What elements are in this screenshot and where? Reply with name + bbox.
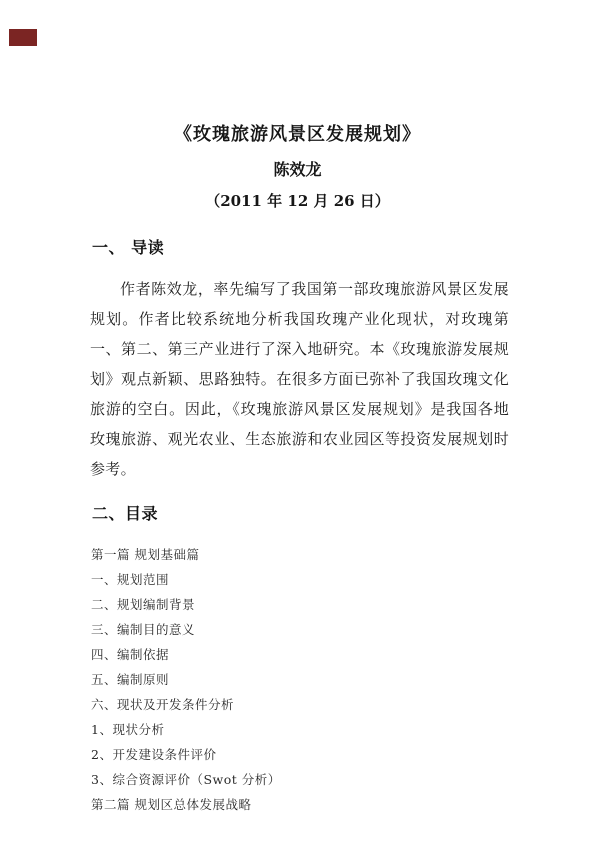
document-title: 《玫瑰旅游风景区发展规划》	[0, 0, 595, 146]
toc-item: 一、规划范围	[91, 567, 595, 592]
toc-item: 三、编制目的意义	[91, 617, 595, 642]
toc-item: 3、综合资源评价（Swot 分析）	[91, 767, 595, 792]
toc-item: 四、编制依据	[91, 642, 595, 667]
section-heading-intro: 一、 导读	[92, 235, 595, 258]
document-page: 《玫瑰旅游风景区发展规划》 陈效龙 （2011 年 12 月 26 日） 一、 …	[0, 0, 595, 842]
section-heading-toc: 二、目录	[92, 501, 595, 524]
toc-item: 第一篇 规划基础篇	[91, 542, 595, 567]
intro-paragraph: 作者陈效龙，率先编写了我国第一部玫瑰旅游风景区发展规划。作者比较系统地分析我国玫…	[90, 274, 509, 484]
toc-item: 第二篇 规划区总体发展战略	[91, 792, 595, 817]
table-of-contents: 第一篇 规划基础篇 一、规划范围 二、规划编制背景 三、编制目的意义 四、编制依…	[91, 542, 595, 817]
toc-item: 1、现状分析	[91, 717, 595, 742]
toc-item: 二、规划编制背景	[91, 592, 595, 617]
toc-item: 2、开发建设条件评价	[91, 742, 595, 767]
document-author: 陈效龙	[0, 157, 595, 180]
document-date: （2011 年 12 月 26 日）	[0, 190, 595, 211]
toc-item: 六、现状及开发条件分析	[91, 692, 595, 717]
red-corner-mark	[9, 29, 37, 46]
toc-item: 五、编制原则	[91, 667, 595, 692]
